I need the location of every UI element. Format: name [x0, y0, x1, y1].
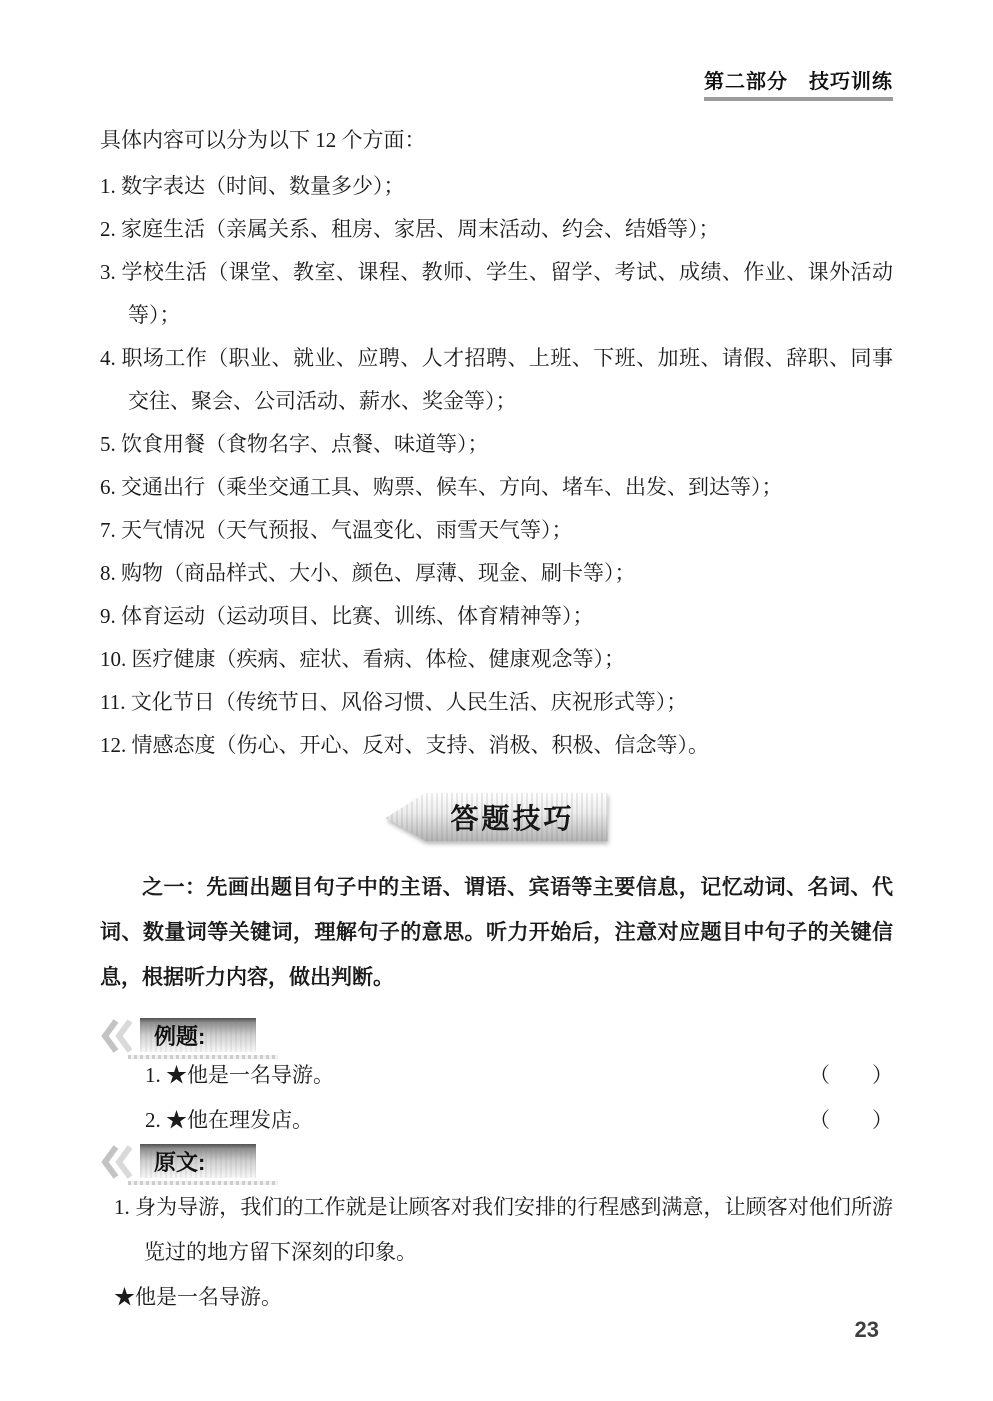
aspect-item: 10. 医疗健康（疾病、症状、看病、体检、健康观念等）；	[100, 638, 893, 681]
transcript-badge-bar: 原文:	[140, 1144, 256, 1178]
double-chevron-icon	[100, 1144, 136, 1180]
example-statement: 1. ★他是一名导游。	[145, 1053, 334, 1098]
example-statement: 2. ★他在理发店。	[145, 1098, 313, 1143]
example-badge: 例题:	[100, 1017, 893, 1053]
transcript-badge-label: 原文:	[154, 1146, 205, 1177]
section-banner-row: 答题技巧	[100, 793, 893, 841]
example-items: 1. ★他是一名导游。 （ ） 2. ★他在理发店。 （ ）	[100, 1053, 893, 1143]
aspect-item: 6. 交通出行（乘坐交通工具、购票、候车、方向、堵车、出发、到达等）；	[100, 466, 893, 509]
aspect-item: 11. 文化节日（传统节日、风俗习惯、人民生活、庆祝形式等）；	[100, 681, 893, 724]
example-item: 2. ★他在理发店。 （ ）	[145, 1098, 893, 1143]
tip-paragraph: 之一：先画出题目句子中的主语、谓语、宾语等主要信息，记忆动词、名词、代词、数量词…	[100, 865, 893, 1000]
arrow-banner: 答题技巧	[386, 793, 608, 841]
intro-text: 具体内容可以分为以下 12 个方面：	[100, 125, 893, 155]
running-head-rule	[704, 97, 893, 101]
page-number: 23	[855, 1317, 879, 1343]
answer-blank: （ ）	[809, 1098, 893, 1143]
aspect-item: 2. 家庭生活（亲属关系、租房、家居、周末活动、约会、结婚等）；	[100, 208, 893, 251]
book-page: 第二部分 技巧训练 具体内容可以分为以下 12 个方面： 1. 数字表达（时间、…	[0, 0, 993, 1320]
answer-blank: （ ）	[809, 1053, 893, 1098]
transcript-line: 1. 身为导游，我们的工作就是让顾客对我们安排的行程感到满意，让顾客对他们所游览…	[114, 1185, 893, 1275]
transcript-line: ★他是一名导游。	[114, 1275, 893, 1320]
example-badge-bar: 例题:	[140, 1018, 256, 1052]
aspect-item: 1. 数字表达（时间、数量多少）；	[100, 165, 893, 208]
aspects-list: 1. 数字表达（时间、数量多少）； 2. 家庭生活（亲属关系、租房、家居、周末活…	[100, 165, 893, 767]
aspect-item: 4. 职场工作（职业、就业、应聘、人才招聘、上班、下班、加班、请假、辞职、同事交…	[100, 337, 893, 423]
aspect-item: 5. 饮食用餐（食物名字、点餐、味道等）；	[100, 423, 893, 466]
aspect-item: 12. 情感态度（伤心、开心、反对、支持、消极、积极、信念等）。	[100, 724, 893, 767]
transcript-lines: 1. 身为导游，我们的工作就是让顾客对我们安排的行程感到满意，让顾客对他们所游览…	[100, 1185, 893, 1320]
aspect-item: 9. 体育运动（运动项目、比赛、训练、体育精神等）；	[100, 595, 893, 638]
section-banner-title: 答题技巧	[450, 797, 574, 837]
aspect-item: 3. 学校生活（课堂、教室、课程、教师、学生、留学、考试、成绩、作业、课外活动等…	[100, 251, 893, 337]
running-head-title: 第二部分 技巧训练	[704, 70, 893, 94]
double-chevron-icon	[100, 1018, 136, 1054]
running-head: 第二部分 技巧训练	[704, 70, 893, 101]
example-item: 1. ★他是一名导游。 （ ）	[145, 1053, 893, 1098]
example-badge-label: 例题:	[154, 1020, 205, 1051]
aspect-item: 7. 天气情况（天气预报、气温变化、雨雪天气等）；	[100, 509, 893, 552]
aspect-item: 8. 购物（商品样式、大小、颜色、厚薄、现金、刷卡等）；	[100, 552, 893, 595]
transcript-badge: 原文:	[100, 1143, 893, 1179]
